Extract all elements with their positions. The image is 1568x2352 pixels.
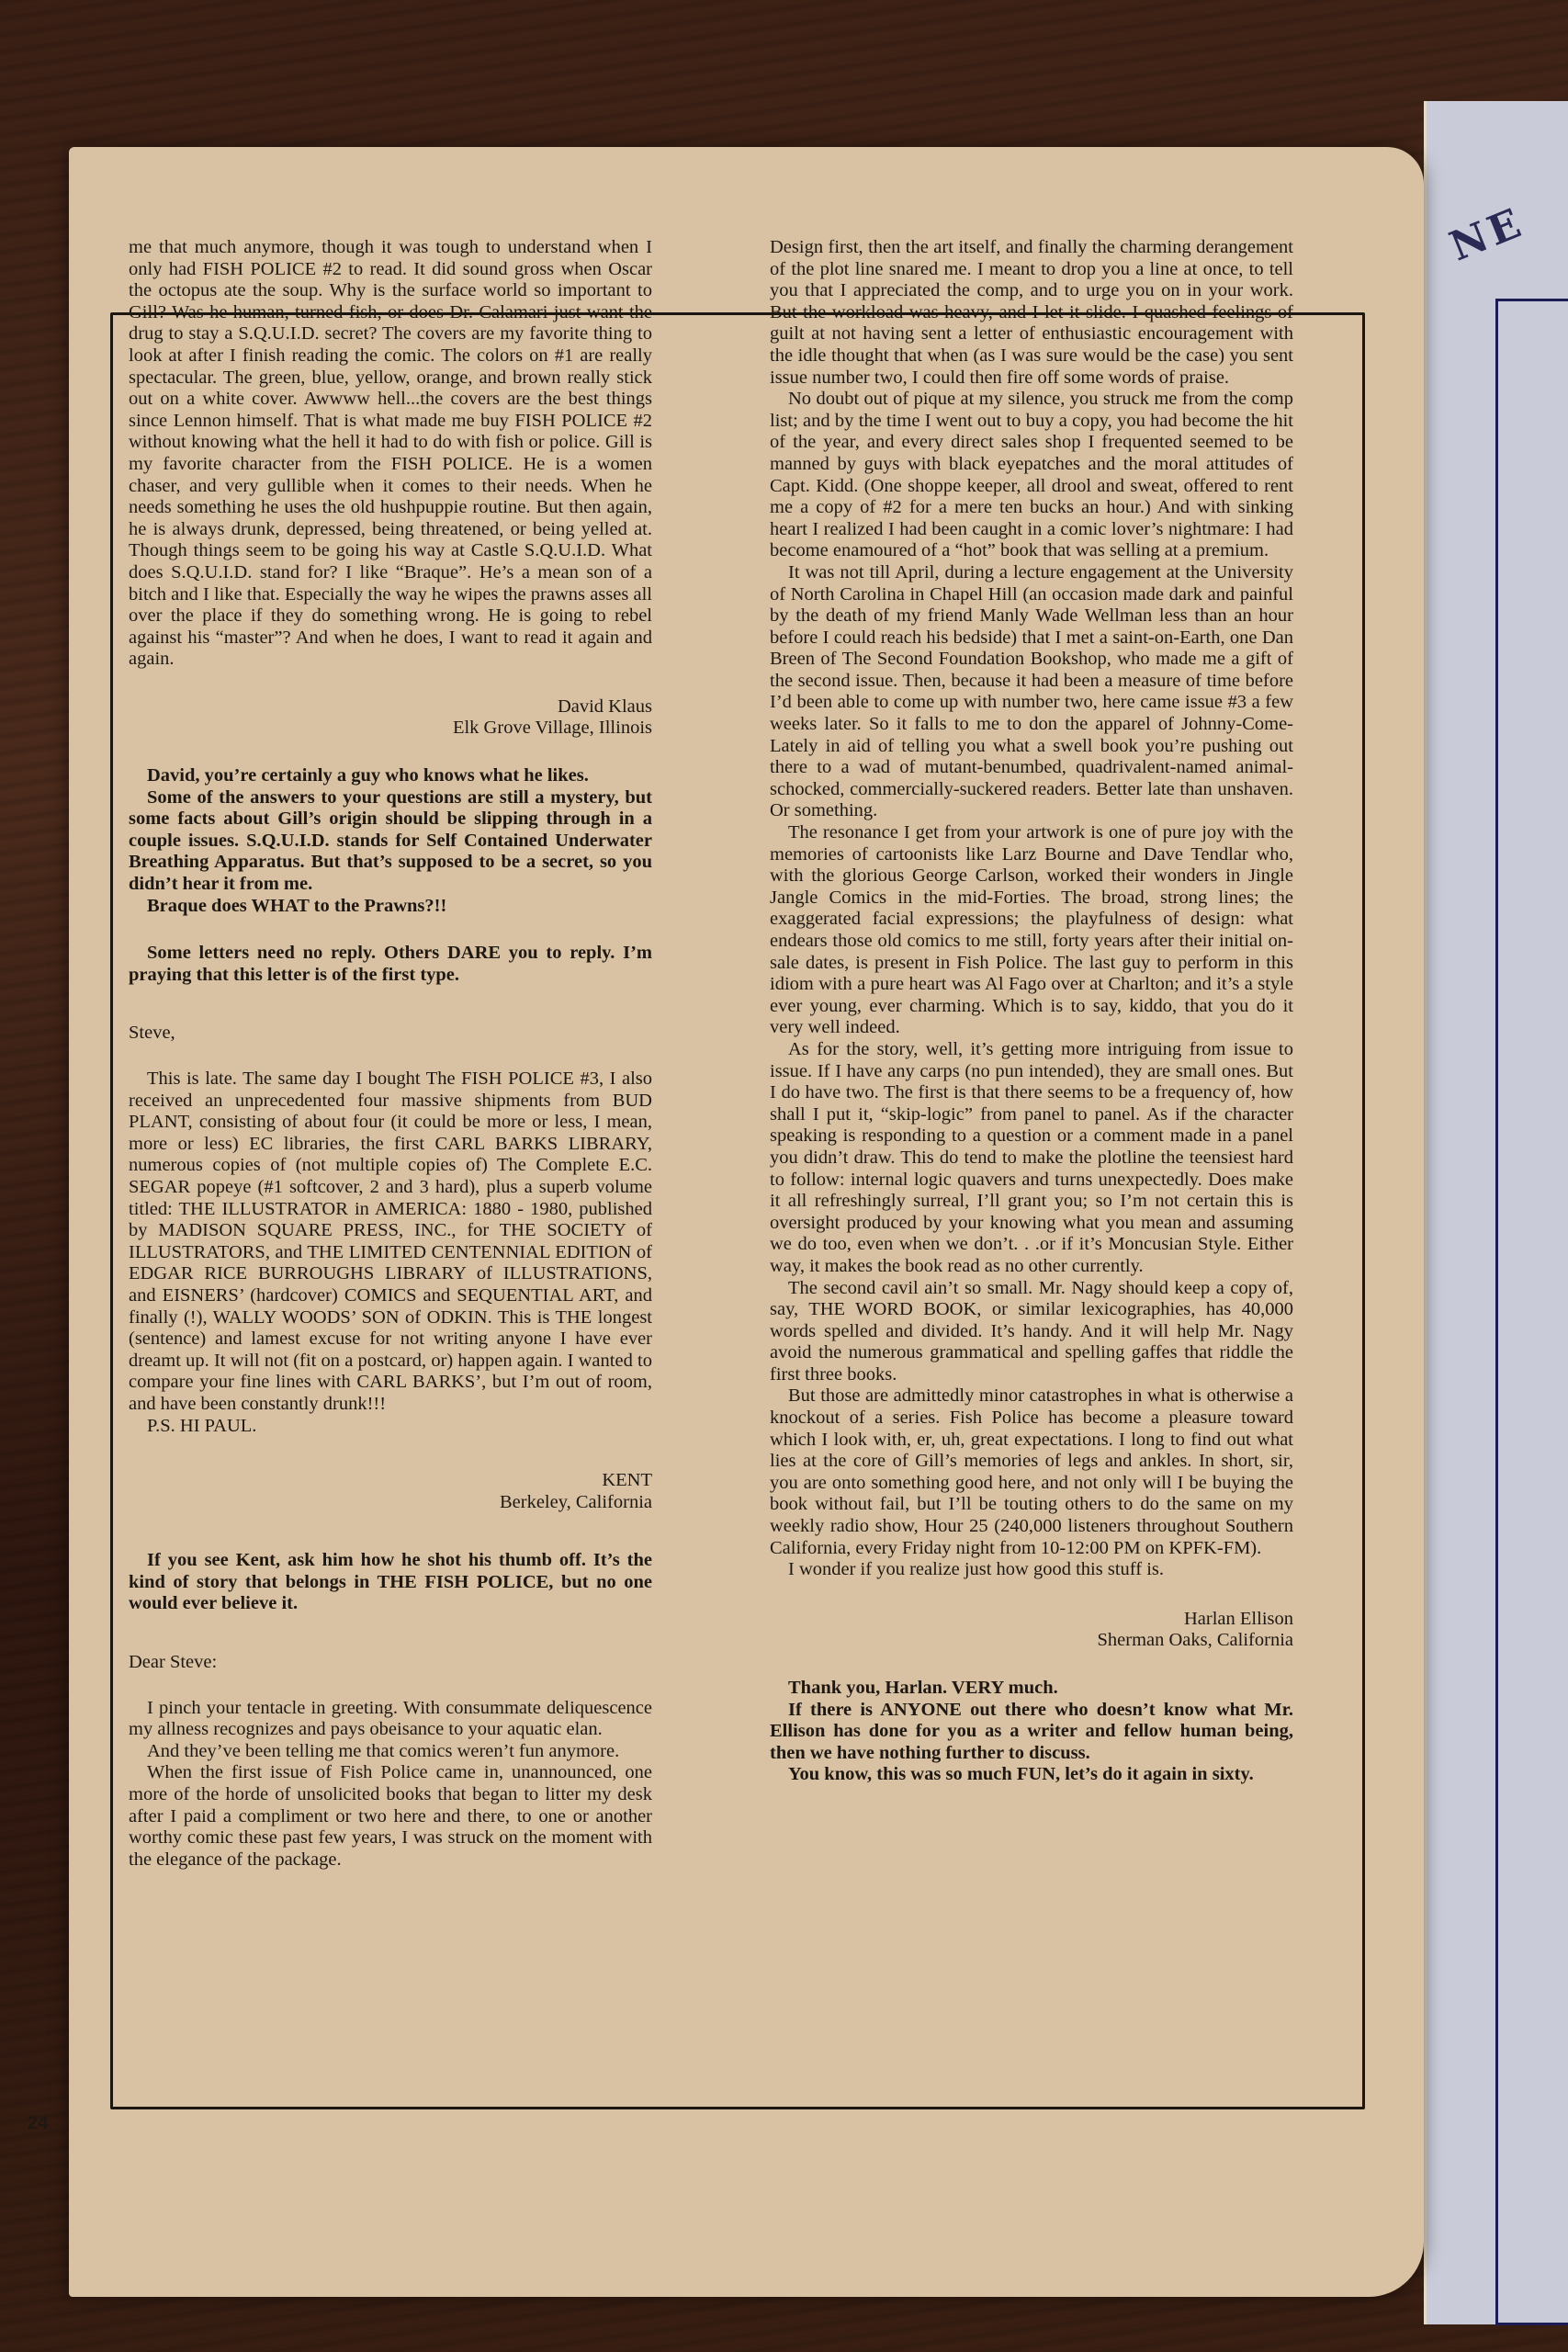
letter-body: It was not till April, during a lecture … bbox=[770, 562, 1293, 822]
letter-body: I wonder if you realize just how good th… bbox=[770, 1559, 1293, 1581]
letter-body: And they’ve been telling me that comics … bbox=[129, 1741, 652, 1763]
right-column: Design first, then the art itself, and f… bbox=[770, 237, 1293, 1786]
left-column: me that much anymore, though it was toug… bbox=[129, 237, 652, 1871]
letter-body: This is late. The same day I bought The … bbox=[129, 1069, 652, 1416]
facing-page-frame bbox=[1495, 299, 1568, 2325]
letter-body: The second cavil ain’t so small. Mr. Nag… bbox=[770, 1278, 1293, 1386]
letter-signature-name: David Klaus bbox=[129, 696, 652, 718]
letter-body: No doubt out of pique at my silence, you… bbox=[770, 389, 1293, 562]
letter-body: I pinch your tentacle in greeting. With … bbox=[129, 1698, 652, 1741]
facing-page: NE bbox=[1424, 101, 1568, 2324]
editor-reply: If you see Kent, ask him how he shot his… bbox=[129, 1550, 652, 1615]
letter-body: The resonance I get from your artwork is… bbox=[770, 822, 1293, 1039]
editor-reply: Some letters need no reply. Others DARE … bbox=[129, 943, 652, 986]
editor-reply: Some of the answers to your questions ar… bbox=[129, 787, 652, 896]
letter-body: me that much anymore, though it was toug… bbox=[129, 237, 652, 671]
letter-body: Design first, then the art itself, and f… bbox=[770, 237, 1293, 389]
letter-postscript: P.S. HI PAUL. bbox=[129, 1416, 652, 1438]
letter-signature-name: KENT bbox=[129, 1470, 652, 1492]
editor-reply: David, you’re certainly a guy who knows … bbox=[129, 765, 652, 787]
facing-page-heading: NE bbox=[1443, 199, 1530, 271]
letter-signature-location: Berkeley, California bbox=[129, 1492, 652, 1514]
letter-salutation: Dear Steve: bbox=[129, 1652, 652, 1674]
letter-signature-name: Harlan Ellison bbox=[770, 1609, 1293, 1631]
editor-reply: If there is ANYONE out there who doesn’t… bbox=[770, 1700, 1293, 1765]
page-number: 24 bbox=[28, 2113, 48, 2134]
editor-reply: Braque does WHAT to the Prawns?!! bbox=[129, 896, 652, 918]
letter-signature-location: Sherman Oaks, California bbox=[770, 1630, 1293, 1652]
letter-signature-location: Elk Grove Village, Illinois bbox=[129, 718, 652, 740]
letter-body: As for the story, well, it’s getting mor… bbox=[770, 1039, 1293, 1278]
letter-body: When the first issue of Fish Police came… bbox=[129, 1762, 652, 1871]
editor-reply: You know, this was so much FUN, let’s do… bbox=[770, 1764, 1293, 1786]
letter-body: But those are admittedly minor catastrop… bbox=[770, 1385, 1293, 1559]
letter-salutation: Steve, bbox=[129, 1023, 652, 1045]
editor-reply: Thank you, Harlan. VERY much. bbox=[770, 1678, 1293, 1700]
